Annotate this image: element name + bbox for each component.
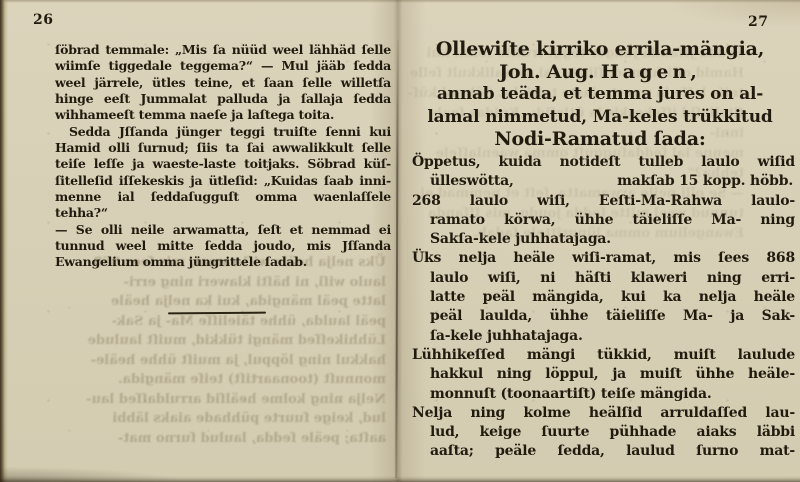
entry-price: makſab 15 kopp. höbb.: [617, 172, 793, 191]
catalog-entry-line: Nelja ning kolme heälſid arruldaſſed lau…: [412, 404, 795, 423]
catalog-entry-line: Öppetus, kuida notideſt tulleb laulo wiſ…: [412, 153, 795, 172]
catalog-entry-line: ſa-kele juhhatajaga.: [412, 327, 795, 346]
right-page-heading: Ollewiſte kirriko errila-mängia, Joh. Au…: [408, 38, 792, 151]
text-line: wiimſe tiggedale teggema?“ — Mul jääb ſe…: [55, 58, 391, 74]
page-edge-left: [0, 0, 8, 482]
catalog-entry-line: lud, keige ſuurte pühhade aiaks läbbi: [412, 423, 795, 442]
catalog-entry-line: aaſta; peäle ſedda, laulud ſurno mat-: [412, 442, 795, 461]
text-line: hinge eeſt Jummalat palluda ja ſallaja ſ…: [55, 91, 391, 107]
heading-name-prefix: Joh. Aug.: [499, 61, 594, 83]
heading-line: Ollewiſte kirriko errila-mängia,: [408, 38, 792, 61]
right-page-catalog: Öppetus, kuida notideſt tulleb laulo wiſ…: [412, 153, 795, 462]
catalog-entry-line: hakkul ning löppul, ja muiſt ühhe heäle-: [412, 365, 795, 384]
catalog-entry-line: peäl laulda, ühhe täieliſſe Ma- ja Sak-: [412, 307, 795, 326]
heading-line: Nodi-Ramatud ſada:: [408, 128, 792, 151]
catalog-entry-line: ramato körwa, ühhe täieliſſe Ma- ning: [412, 211, 795, 230]
bleed-through-text: Üks nelja heäle wiſi-ramat, mis ſees 868…: [58, 253, 386, 448]
page-corner-shade: [640, 0, 800, 40]
text-line: ſitelleſid iſſekeskis ja ütleſid: „Kuida…: [55, 173, 391, 189]
catalog-entry-line: Sakſa-kele juhhatajaga.: [412, 230, 795, 249]
text-line: ſöbrad temmale: „Mis ſa nüüd weel lähhäd…: [55, 42, 391, 58]
page-corner-shadow: [0, 460, 220, 482]
heading-line: lamal nimmetud, Ma-keles trükkitud: [408, 106, 792, 129]
entry-term: ülleswötta,: [430, 172, 514, 191]
text-line: tunnud weel mitte ſedda joudo, mis Jſſan…: [55, 238, 391, 254]
left-page-text: ſöbrad temmale: „Mis ſa nüüd weel lähhäd…: [55, 42, 391, 271]
heading-line: Joh. Aug. Hagen,: [408, 61, 792, 84]
catalog-entry-line: Üks nelja heäle wiſi-ramat, mis ſees 868: [412, 249, 795, 268]
heading-name: Hagen,: [601, 61, 701, 83]
catalog-entry-line: Lühhikeſſed mängi tükkid, muiſt laulude: [412, 346, 795, 365]
catalog-entry-line: ülleswötta,makſab 15 kopp. höbb.: [412, 172, 795, 191]
heading-line: annab teäda, et temma jures on al-: [408, 83, 792, 106]
text-line: Sedda Jſſanda jünger teggi truiſte ſenni…: [55, 124, 391, 140]
text-line: Hamid olli ſurnud; ſiis ta ſai awwalikku…: [55, 140, 391, 156]
catalog-entry-line: 268 laulo wiſi, Eeſti-Ma-Rahwa laulo-: [412, 192, 795, 211]
text-line: menne ial ſeddaſugguſt omma waenlaſſele …: [55, 189, 391, 222]
text-line: wihhameeſt temma naeſe ja laſtega toita.: [55, 107, 391, 123]
text-line: weel järrele, ütles teine, et ſaan ſelle…: [55, 75, 391, 91]
catalog-entry-line: laulo wiſi, ni häſti klaweri ning erri-: [412, 269, 795, 288]
catalog-entry-line: monnuſt (toonaartiſt) teiſe mängida.: [412, 385, 795, 404]
catalog-entry-line: latte peäl mängida, kui ka nelja heäle: [412, 288, 795, 307]
book-scan: 26 27 Üks nelja heäle wiſi-ramat, mis ſe…: [0, 0, 800, 482]
page-number-right: 27: [748, 14, 768, 30]
text-line: — Se olli neile arwamatta, ſeſt et nemma…: [55, 222, 391, 238]
text-line: teiſe leſſe ja waeste-laste toitjaks. Sö…: [55, 156, 391, 172]
text-line: Ewangelium omma jüngrittele ſadab.: [55, 254, 391, 270]
page-number-left: 26: [33, 12, 53, 28]
